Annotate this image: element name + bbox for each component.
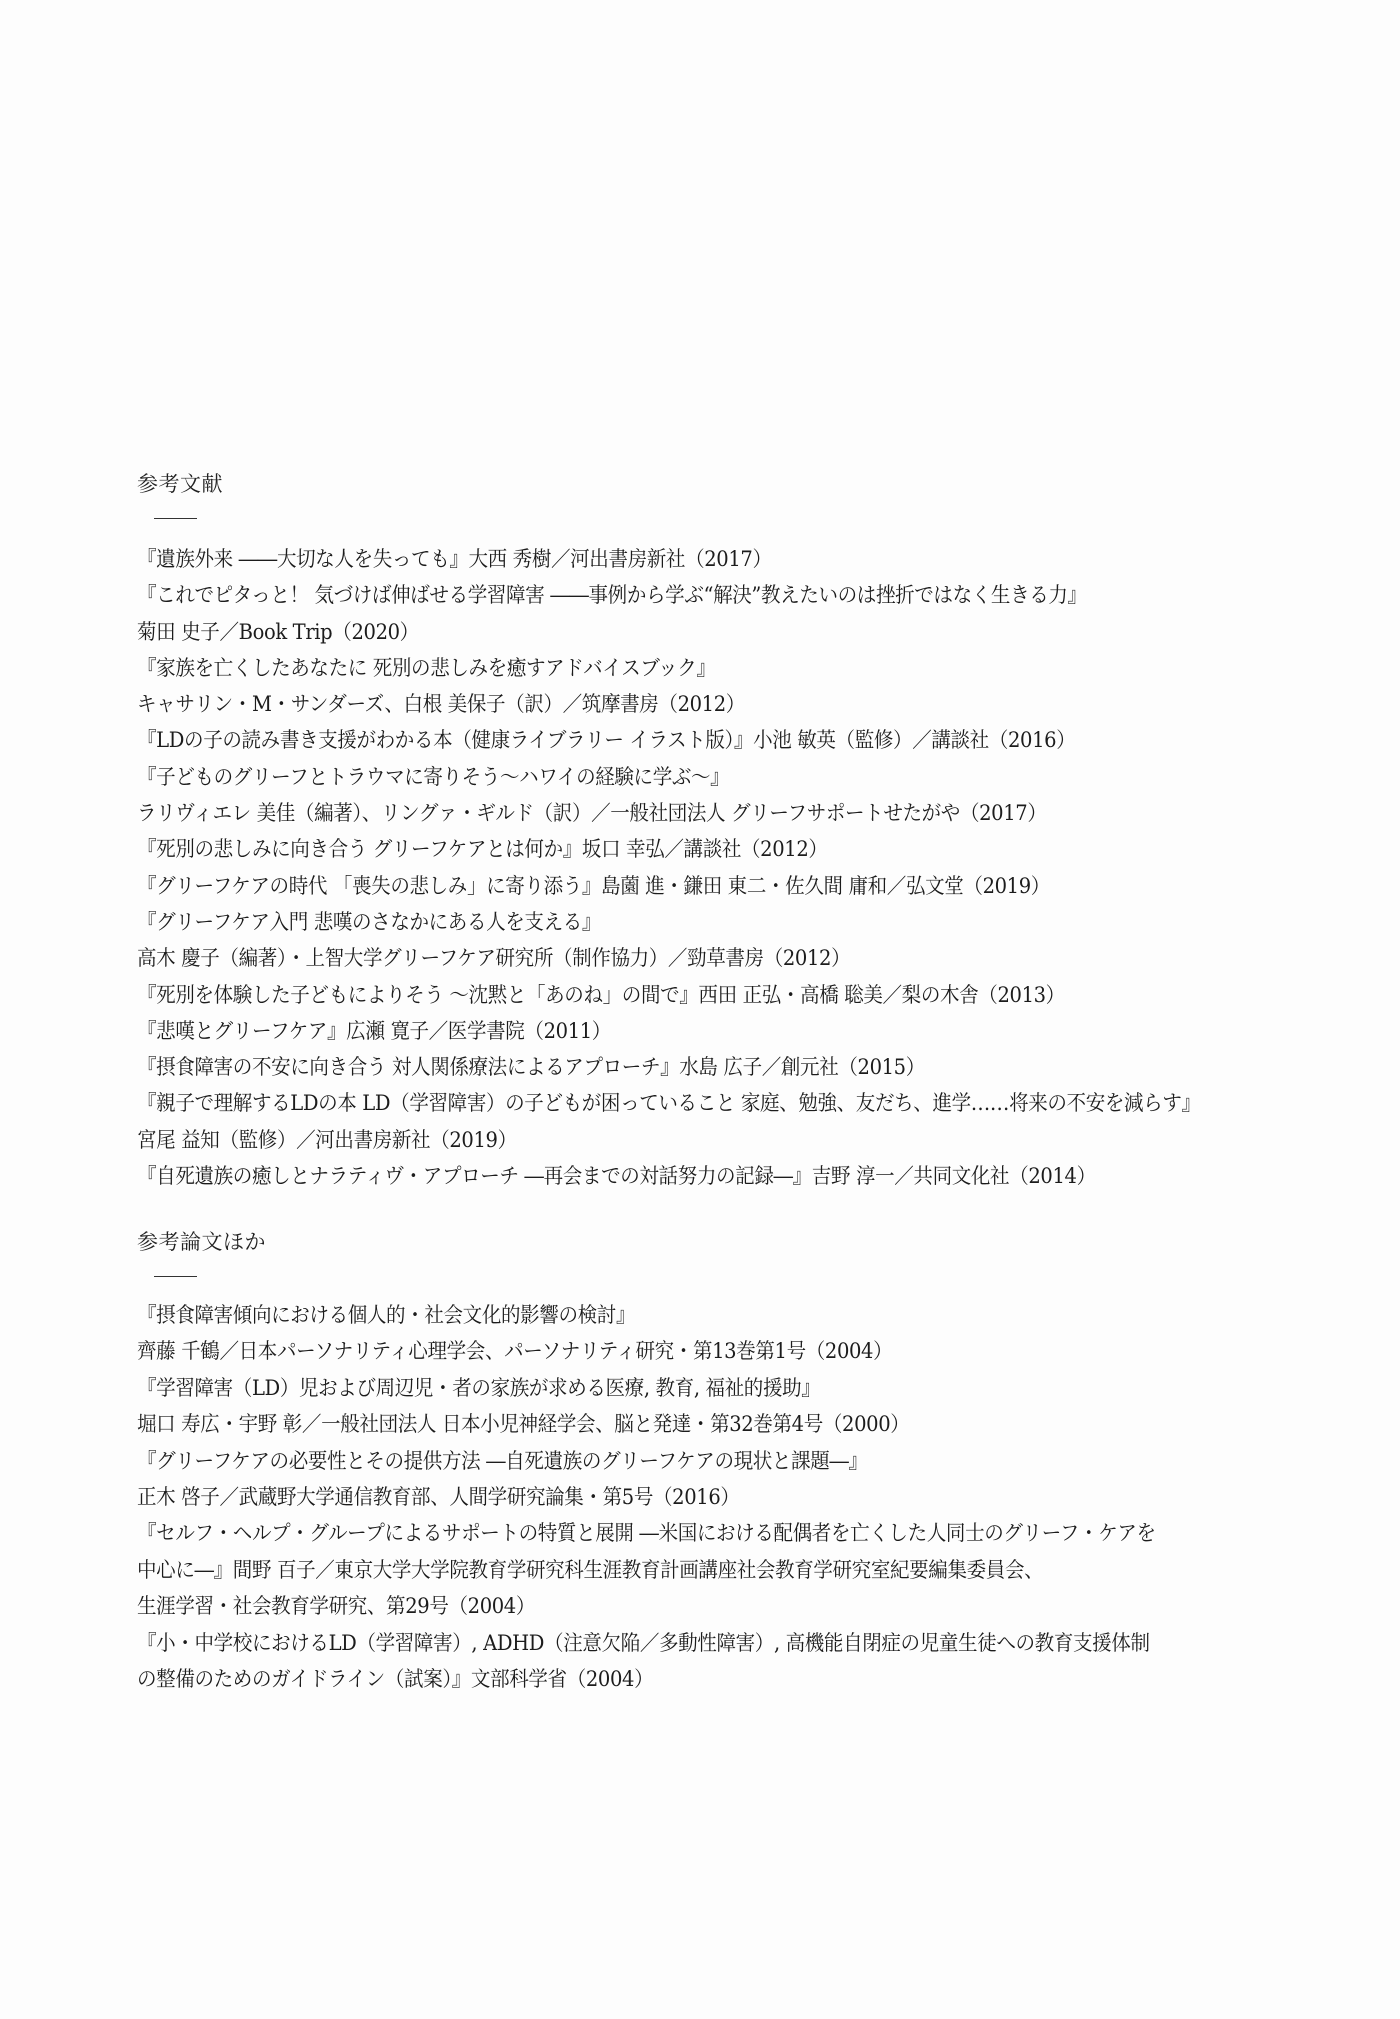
section-divider <box>154 518 197 519</box>
reference-line: 『LDの子の読み書き支援がわかる本（健康ライブラリー イラスト版）』小池 敏英（… <box>137 722 1201 758</box>
paper-line: の整備のためのガイドライン（試案）』文部科学省（2004） <box>137 1661 1156 1697</box>
paper-line: 『学習障害（LD）児および周辺児・者の家族が求める医療, 教育, 福祉的援助』 <box>137 1370 1156 1406</box>
reference-line: 『悲嘆とグリーフケア』広瀬 寛子／医学書院（2011） <box>137 1013 1201 1049</box>
reference-line: 『これでピタっと！ 気づけば伸ばせる学習障害 ――事例から学ぶ“解決”教えたいの… <box>137 577 1201 613</box>
reference-line: 高木 慶子（編著）・上智大学グリーフケア研究所（制作協力）／勁草書房（2012） <box>137 940 1201 976</box>
paper-line: 中心に―』間野 百子／東京大学大学院教育学研究科生涯教育計画講座社会教育学研究室… <box>137 1552 1156 1588</box>
paper-line: 『摂食障害傾向における個人的・社会文化的影響の検討』 <box>137 1297 1156 1333</box>
reference-line: キャサリン・M・サンダーズ、白根 美保子（訳）／筑摩書房（2012） <box>137 686 1201 722</box>
paper-line: 『小・中学校におけるLD（学習障害）, ADHD（注意欠陥／多動性障害）, 高機… <box>137 1625 1156 1661</box>
reference-line: 菊田 史子／Book Trip（2020） <box>137 614 1201 650</box>
reference-line: 『遺族外来 ――大切な人を失っても』大西 秀樹／河出書房新社（2017） <box>137 541 1201 577</box>
reference-line: 『家族を亡くしたあなたに 死別の悲しみを癒すアドバイスブック』 <box>137 650 1201 686</box>
reference-line: 『摂食障害の不安に向き合う 対人関係療法によるアプローチ』水島 広子／創元社（2… <box>137 1049 1201 1085</box>
paper-line: 『グリーフケアの必要性とその提供方法 ―自死遺族のグリーフケアの現状と課題―』 <box>137 1443 1156 1479</box>
reference-line: 宮尾 益知（監修）／河出書房新社（2019） <box>137 1122 1201 1158</box>
paper-list: 『摂食障害傾向における個人的・社会文化的影響の検討』 齊藤 千鶴／日本パーソナリ… <box>137 1297 1232 1697</box>
paper-line: 生涯学習・社会教育学研究、第29号（2004） <box>137 1588 1156 1624</box>
paper-line: 『セルフ・ヘルプ・グループによるサポートの特質と展開 ―米国における配偶者を亡く… <box>137 1515 1156 1551</box>
reference-line: 『死別の悲しみに向き合う グリーフケアとは何か』坂口 幸弘／講談社（2012） <box>137 831 1201 867</box>
reference-line: 『自死遺族の癒しとナラティヴ・アプローチ ―再会までの対話努力の記録―』吉野 淳… <box>137 1158 1201 1194</box>
reference-line: 『グリーフケアの時代 「喪失の悲しみ」に寄り添う』島薗 進・鎌田 東二・佐久間 … <box>137 868 1201 904</box>
reference-list: 『遺族外来 ――大切な人を失っても』大西 秀樹／河出書房新社（2017） 『これ… <box>137 541 1281 1194</box>
document-page: 参考文献 『遺族外来 ――大切な人を失っても』大西 秀樹／河出書房新社（2017… <box>0 0 1400 2019</box>
papers-section: 参考論文ほか 『摂食障害傾向における個人的・社会文化的影響の検討』 齊藤 千鶴／… <box>137 1228 1232 1697</box>
reference-line: ラリヴィエレ 美佳（編著）、リングァ・ギルド（訳）／一般社団法人 グリーフサポー… <box>137 795 1201 831</box>
reference-line: 『グリーフケア入門 悲嘆のさなかにある人を支える』 <box>137 904 1201 940</box>
paper-line: 堀口 寿広・宇野 彰／一般社団法人 日本小児神経学会、脳と発達・第32巻第4号（… <box>137 1406 1156 1442</box>
section-title: 参考論文ほか <box>137 1228 1232 1256</box>
paper-line: 齊藤 千鶴／日本パーソナリティ心理学会、パーソナリティ研究・第13巻第1号（20… <box>137 1333 1156 1369</box>
section-divider <box>154 1276 197 1277</box>
reference-line: 『死別を体験した子どもによりそう ～沈黙と「あのね」の間で』西田 正弘・高橋 聡… <box>137 977 1201 1013</box>
reference-line: 『親子で理解するLDの本 LD（学習障害）の子どもが困っていること 家庭、勉強、… <box>137 1085 1201 1121</box>
paper-line: 正木 啓子／武蔵野大学通信教育部、人間学研究論集・第5号（2016） <box>137 1479 1156 1515</box>
reference-line: 『子どものグリーフとトラウマに寄りそう～ハワイの経験に学ぶ～』 <box>137 759 1201 795</box>
references-section: 参考文献 『遺族外来 ――大切な人を失っても』大西 秀樹／河出書房新社（2017… <box>137 470 1281 1194</box>
section-title: 参考文献 <box>137 470 1281 498</box>
